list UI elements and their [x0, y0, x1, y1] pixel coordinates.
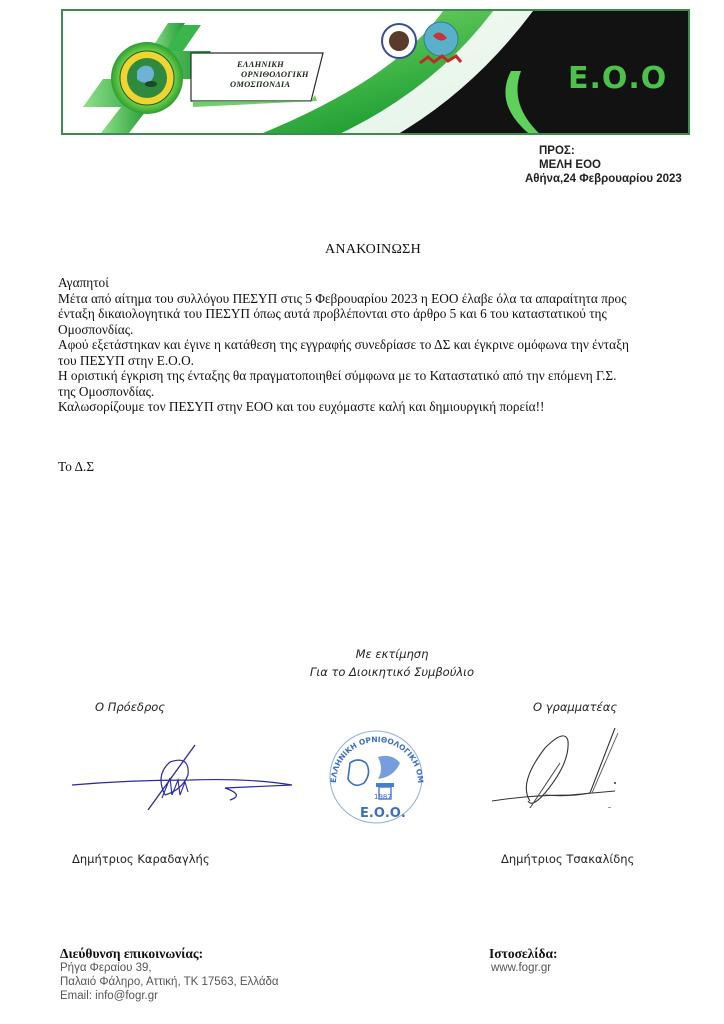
recipient-value: ΜΕΛΗ ΕΟΟ	[539, 158, 601, 172]
body-line: της Ομοσπονδίας.	[58, 384, 708, 400]
president-signature	[70, 740, 295, 810]
body-line: Αγαπητοί	[58, 275, 708, 291]
on-behalf-text: Για το Διοικητικό Συμβούλιο	[0, 665, 724, 679]
stamp-abbr: Ε.Ο.Ο.	[360, 806, 406, 821]
place-date: Αθήνα,24 Φεβρουαρίου 2023	[525, 172, 682, 186]
header-banner: ΕΛΛΗΝΙΚΗ ΟΡΝΙΘΟΛΟΓΙΚΗ ΟΜΟΣΠΟΝΔΙΑ Ε.Ο.Ο	[61, 9, 690, 135]
org-name-line-2: ΟΡΝΙΘΟΛΟΓΙΚΗ	[226, 69, 309, 79]
address-heading: Διεύθυνση επικοινωνίας:	[60, 946, 203, 962]
org-name-line-3: ΟΜΟΣΠΟΝΔΙΑ	[226, 79, 309, 89]
body-line: Αφού εξετάστηκαν και έγινε η κατάθεση τη…	[58, 337, 708, 353]
stamp-emblem: ΕΛΛΗΝΙΚΗ ΟΡΝΙΘΟΛΟΓΙΚΗ ΟΜΟΣΠΟΝΔΙΑ 1987 Ε.…	[318, 725, 438, 830]
secretary-name: Δημήτριος Τσακαλίδης	[501, 852, 634, 866]
page-title: ΑΝΑΚΟΙΝΩΣΗ	[325, 242, 421, 258]
svg-text:ΕΛΛΗΝΙΚΗ ΟΡΝΙΘΟΛΟΓΙΚΗ ΟΜΟΣΠΟΝΔ: ΕΛΛΗΝΙΚΗ ΟΡΝΙΘΟΛΟΓΙΚΗ ΟΜΟΣΠΟΝΔΙΑ	[318, 725, 425, 784]
recipient-label: ΠΡΟΣ:	[539, 144, 575, 158]
body-line: ένταξη δικαιολογητικά του ΠΕΣΥΠ όπως αυτ…	[58, 306, 708, 322]
secretary-signature	[490, 723, 630, 808]
stamp-year: 1987	[374, 793, 392, 801]
announcement-body: Αγαπητοί Μέτα από αίτημα του συλλόγου ΠΕ…	[58, 275, 708, 415]
address-line: Ρήγα Φεραίου 39,	[60, 961, 152, 976]
regards-text: Με εκτίμηση	[0, 647, 724, 661]
body-line: Καλωσορίζουμε τον ΠΕΣΥΠ στην ΕΟΟ και του…	[58, 399, 708, 415]
president-title: Ο Πρόεδρος	[95, 700, 165, 714]
address-line: Παλαιό Φάληρο, Αττική, ΤΚ 17563, Ελλάδα	[60, 975, 279, 990]
body-line: Η οριστική έγκριση της ένταξης θα πραγμα…	[58, 368, 708, 384]
stamp-ring-text: ΕΛΛΗΝΙΚΗ ΟΡΝΙΘΟΛΟΓΙΚΗ ΟΜΟΣΠΟΝΔΙΑ	[318, 725, 425, 784]
body-line: του ΠΕΣΥΠ στην Ε.Ο.Ο.	[58, 353, 708, 369]
president-name: Δημήτριος Καραδαγλής	[72, 852, 210, 866]
secretary-title: Ο γραμματέας	[533, 700, 617, 714]
org-name-line-1: ΕΛΛΗΝΙΚΗ	[226, 59, 309, 69]
website-link[interactable]: www.fogr.gr	[491, 961, 551, 976]
org-name: ΕΛΛΗΝΙΚΗ ΟΡΝΙΘΟΛΟΓΙΚΗ ΟΜΟΣΠΟΝΔΙΑ	[226, 59, 309, 89]
body-line: Μέτα από αίτημα του συλλόγου ΠΕΣΥΠ στις …	[58, 291, 708, 307]
body-line: Ομοσπονδίας.	[58, 322, 708, 338]
eoo-logo-text: Ε.Ο.Ο	[568, 61, 667, 96]
website-heading: Ιστοσελίδα:	[489, 946, 558, 962]
email-line[interactable]: Email: info@fogr.gr	[60, 989, 158, 1004]
signed-by: Το Δ.Σ	[58, 459, 94, 475]
